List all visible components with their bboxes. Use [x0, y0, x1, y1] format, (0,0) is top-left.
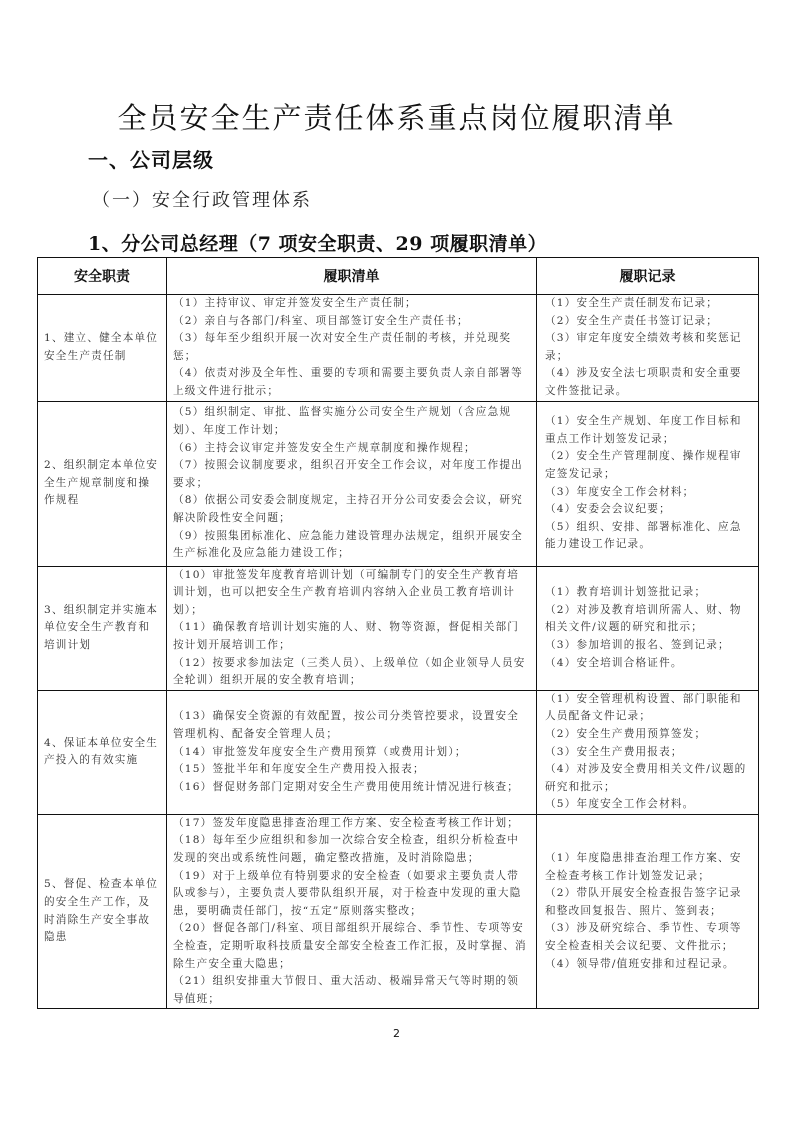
record-item: （3）审定年度安全绩效考核和奖惩记录；	[545, 330, 752, 365]
record-item: （1）安全管理机构设置、部门职能和人员配备文件记录；	[545, 691, 752, 726]
duty-list-cell: （5）组织制定、审批、监督实施分公司安全生产规划（含应急规划）、年度工作计划； …	[167, 401, 537, 566]
list-item: （19）对于上级单位有特别要求的安全检查（如要求主要负责人带队或参与），主要负责…	[173, 868, 530, 921]
duty-record-cell: （1）年度隐患排查治理工作方案、安全检查考核工作计划签发记录； （2）带队开展安…	[537, 814, 759, 1009]
list-item: （18）每年至少应组织和参加一次综合安全检查，组织分析检查中发现的突出或系统性问…	[173, 832, 530, 867]
record-item: （3）安全生产费用报表；	[545, 744, 752, 762]
list-item: （12）按要求参加法定（三类人员）、上级单位（如企业领导人员安全轮训）组织开展的…	[173, 655, 530, 690]
list-item: （20）督促各部门/科室、项目部组织开展综合、季节性、专项等安全检查，定期听取科…	[173, 920, 530, 973]
duty-cell: 1、建立、健全本单位安全生产责任制	[38, 295, 167, 402]
list-item: （8）依据公司安委会制度规定，主持召开分公司安委会会议，研究解决阶段性安全问题；	[173, 492, 530, 527]
section-heading-level3: 1、分公司总经理（7 项安全职责、29 项履职清单）	[88, 229, 547, 256]
record-item: （5）年度安全工作会材料。	[545, 796, 752, 814]
list-item: （3）每年至少组织开展一次对安全生产责任制的考核，并兑现奖惩；	[173, 330, 530, 365]
duty-cell: 2、组织制定本单位安全生产规章制度和操作规程	[38, 401, 167, 566]
record-item: （2）带队开展安全检查报告签字记录和整改回复报告、照片、签到表；	[545, 885, 752, 920]
document-title: 全员安全生产责任体系重点岗位履职清单	[0, 96, 793, 137]
list-item: （7）按照会议制度要求，组织召开安全工作会议，对年度工作提出要求；	[173, 457, 530, 492]
duty-cell: 5、督促、检查本单位的安全生产工作，及时消除生产安全事故隐患	[38, 814, 167, 1009]
duty-record-cell: （1）安全管理机构设置、部门职能和人员配备文件记录； （2）安全生产费用预算签发…	[537, 690, 759, 814]
table-header-row: 安全职责 履职清单 履职记录	[38, 258, 759, 295]
page-number: 2	[0, 1027, 793, 1040]
duty-cell: 4、保证本单位安全生产投入的有效实施	[38, 690, 167, 814]
list-item: （2）亲自与各部门/科室、项目部签订安全生产责任书；	[173, 313, 530, 331]
header-safety-duty: 安全职责	[38, 258, 167, 295]
duty-list-cell: （1）主持审议、审定并签发安全生产责任制； （2）亲自与各部门/科室、项目部签订…	[167, 295, 537, 402]
record-item: （1）教育培训计划签批记录；	[545, 584, 752, 602]
record-item: （4）涉及安全法七项职责和安全重要文件签批记录。	[545, 365, 752, 400]
record-item: （1）年度隐患排查治理工作方案、安全检查考核工作计划签发记录；	[545, 850, 752, 885]
duty-list-cell: （13）确保安全资源的有效配置，按公司分类管控要求，设置安全管理机构、配备安全管…	[167, 690, 537, 814]
duty-list-cell: （10）审批签发年度教育培训计划（可编制专门的安全生产教育培训计划，也可以把安全…	[167, 566, 537, 690]
header-duty-list: 履职清单	[167, 258, 537, 295]
duty-checklist-table: 安全职责 履职清单 履职记录 1、建立、健全本单位安全生产责任制 （1）主持审议…	[37, 257, 759, 1009]
record-item: （2）安全生产管理制度、操作规程审定签发记录；	[545, 448, 752, 483]
list-item: （4）依责对涉及全年性、重要的专项和需要主要负责人亲自部署等上级文件进行批示；	[173, 365, 530, 400]
table-row: 2、组织制定本单位安全生产规章制度和操作规程 （5）组织制定、审批、监督实施分公…	[38, 401, 759, 566]
list-item: （21）组织安排重大节假日、重大活动、极端异常天气等时期的领导值班；	[173, 973, 530, 1008]
table-row: 3、组织制定并实施本单位安全生产教育和培训计划 （10）审批签发年度教育培训计划…	[38, 566, 759, 690]
list-item: （6）主持会议审定并签发安全生产规章制度和操作规程；	[173, 440, 530, 458]
list-item: （9）按照集团标准化、应急能力建设管理办法规定，组织开展安全生产标准化及应急能力…	[173, 528, 530, 563]
list-item: （10）审批签发年度教育培训计划（可编制专门的安全生产教育培训计划，也可以把安全…	[173, 567, 530, 620]
section-heading-level1: 一、公司层级	[88, 144, 214, 173]
section-heading-level2: （一）安全行政管理体系	[92, 186, 312, 212]
duty-cell: 3、组织制定并实施本单位安全生产教育和培训计划	[38, 566, 167, 690]
duty-list-cell: （17）签发年度隐患排查治理工作方案、安全检查考核工作计划； （18）每年至少应…	[167, 814, 537, 1009]
record-item: （2）安全生产费用预算签发；	[545, 726, 752, 744]
list-item: （1）主持审议、审定并签发安全生产责任制；	[173, 295, 530, 313]
record-item: （4）对涉及安全费用相关文件/议题的研究和批示；	[545, 761, 752, 796]
list-item: （5）组织制定、审批、监督实施分公司安全生产规划（含应急规划）、年度工作计划；	[173, 404, 530, 439]
table-row: 5、督促、检查本单位的安全生产工作，及时消除生产安全事故隐患 （17）签发年度隐…	[38, 814, 759, 1009]
list-item: （14）审批签发年度安全生产费用预算（或费用计划）；	[173, 744, 530, 762]
list-item: （17）签发年度隐患排查治理工作方案、安全检查考核工作计划；	[173, 815, 530, 833]
list-item: （16）督促财务部门定期对安全生产费用使用统计情况进行核查；	[173, 779, 530, 797]
record-item: （4）领导带/值班安排和过程记录。	[545, 956, 752, 974]
list-item: （15）签批半年和年度安全生产费用投入报表；	[173, 761, 530, 779]
list-item: （13）确保安全资源的有效配置，按公司分类管控要求，设置安全管理机构、配备安全管…	[173, 708, 530, 743]
header-duty-records: 履职记录	[537, 258, 759, 295]
record-item: （1）安全生产规划、年度工作目标和重点工作计划签发记录；	[545, 413, 752, 448]
duty-record-cell: （1）安全生产责任制发布记录； （2）安全生产责任书签订记录； （3）审定年度安…	[537, 295, 759, 402]
list-item: （11）确保教育培训计划实施的人、财、物等资源，督促相关部门按计划开展培训工作；	[173, 619, 530, 654]
table-row: 4、保证本单位安全生产投入的有效实施 （13）确保安全资源的有效配置，按公司分类…	[38, 690, 759, 814]
record-item: （2）安全生产责任书签订记录；	[545, 313, 752, 331]
record-item: （3）年度安全工作会材料；	[545, 484, 752, 502]
record-item: （5）组织、安排、部署标准化、应急能力建设工作记录。	[545, 519, 752, 554]
record-item: （3）参加培训的报名、签到记录；	[545, 637, 752, 655]
duty-record-cell: （1）安全生产规划、年度工作目标和重点工作计划签发记录； （2）安全生产管理制度…	[537, 401, 759, 566]
record-item: （1）安全生产责任制发布记录；	[545, 295, 752, 313]
record-item: （4）安委会会议纪要；	[545, 501, 752, 519]
record-item: （4）安全培训合格证件。	[545, 655, 752, 673]
record-item: （3）涉及研究综合、季节性、专项等安全检查相关会议纪要、文件批示；	[545, 920, 752, 955]
table-row: 1、建立、健全本单位安全生产责任制 （1）主持审议、审定并签发安全生产责任制； …	[38, 295, 759, 402]
duty-record-cell: （1）教育培训计划签批记录； （2）对涉及教育培训所需人、财、物相关文件/议题的…	[537, 566, 759, 690]
record-item: （2）对涉及教育培训所需人、财、物相关文件/议题的研究和批示；	[545, 602, 752, 637]
